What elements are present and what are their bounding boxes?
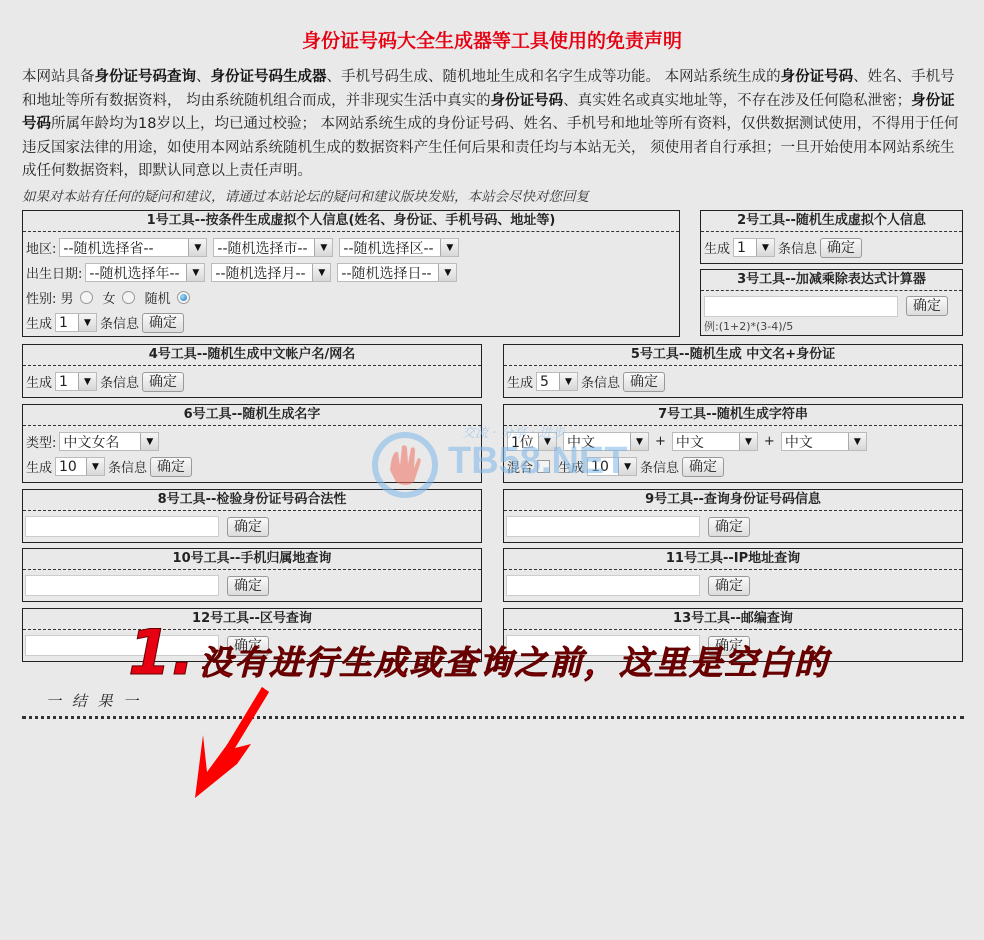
expression-input[interactable]: [704, 296, 898, 317]
tool8-title: 8号工具--检验身份证号码合法性: [23, 490, 481, 511]
tool7-title: 7号工具--随机生成字符串: [504, 405, 962, 426]
tool9-title: 9号工具--查询身份证号码信息: [504, 490, 962, 511]
generate-label: 生成: [26, 313, 52, 332]
id-validate-input[interactable]: [25, 516, 219, 537]
generate-label: 生成: [26, 457, 52, 476]
tool1-confirm-button[interactable]: 确定: [142, 313, 184, 333]
district-select[interactable]: --随机选择区--▼: [339, 238, 459, 257]
tool11-confirm-button[interactable]: 确定: [708, 576, 750, 596]
gender-label: 性别:: [26, 288, 56, 307]
chevron-down-icon: ▼: [630, 433, 648, 450]
annotation-overlay: 1. 没有进行生成或查询之前，这里是空白的: [128, 616, 829, 689]
month-select[interactable]: --随机选择月--▼: [211, 263, 331, 282]
count-unit-label: 条信息: [100, 372, 139, 391]
tool8-confirm-button[interactable]: 确定: [227, 517, 269, 537]
chevron-down-icon: ▼: [438, 264, 456, 281]
chevron-down-icon: ▼: [140, 433, 158, 450]
tool2-title: 2号工具--随机生成虚拟个人信息: [701, 211, 962, 232]
red-arrow-icon: [185, 680, 285, 810]
charset2-select[interactable]: 中文▼: [672, 432, 758, 451]
mix-checkbox[interactable]: [537, 460, 550, 473]
tool1-count-select[interactable]: 1▼: [55, 313, 97, 332]
annotation-text: 没有进行生成或查询之前，这里是空白的: [199, 643, 829, 682]
count-unit-label: 条信息: [581, 372, 620, 391]
chevron-down-icon: ▼: [78, 373, 96, 390]
tool4-count-select[interactable]: 1▼: [55, 372, 97, 391]
day-select[interactable]: --随机选择日--▼: [337, 263, 457, 282]
tool3-panel: 3号工具--加减乘除表达式计算器 确定 例:(1+2)*(3-4)/5: [700, 269, 963, 336]
plus-sign: +: [655, 434, 666, 449]
mix-label: 混合: [507, 457, 533, 476]
result-heading: 一 结 果 一: [46, 690, 141, 711]
tool8-panel: 8号工具--检验身份证号码合法性 确定: [22, 489, 482, 543]
tool6-title: 6号工具--随机生成名字: [23, 405, 481, 426]
gender-random-radio[interactable]: [177, 291, 190, 304]
tool6-panel: 6号工具--随机生成名字 类型: 中文女名▼ 生成 10▼ 条信息 确定: [22, 404, 482, 483]
highlight-term: 身份证号码: [781, 69, 854, 85]
province-select[interactable]: --随机选择省--▼: [59, 238, 207, 257]
chevron-down-icon: ▼: [312, 264, 330, 281]
chevron-down-icon: ▼: [848, 433, 866, 450]
disclaimer-segment: 本网站具备: [22, 69, 95, 85]
result-divider: [22, 716, 964, 719]
phone-query-input[interactable]: [25, 575, 219, 596]
chevron-down-icon: ▼: [188, 239, 206, 256]
tool10-confirm-button[interactable]: 确定: [227, 576, 269, 596]
tool10-panel: 10号工具--手机归属地查询 确定: [22, 548, 482, 602]
charset1-select[interactable]: 中文▼: [563, 432, 649, 451]
chevron-down-icon: ▼: [739, 433, 757, 450]
ip-query-input[interactable]: [506, 575, 700, 596]
chevron-down-icon: ▼: [440, 239, 458, 256]
highlight-term: 身份证号码: [491, 93, 564, 109]
chevron-down-icon: ▼: [86, 458, 104, 475]
birth-label: 出生日期:: [26, 263, 82, 282]
chevron-down-icon: ▼: [559, 373, 577, 390]
disclaimer-segment: 所属年龄均为18岁以上，均已通过校验； 本网站系统生成的身份证号码、姓名、手机号…: [22, 116, 959, 179]
tool7-panel: 7号工具--随机生成字符串 1位▼ 中文▼ + 中文▼ + 中文▼ 混合 生成 …: [503, 404, 963, 483]
generate-label: 生成: [507, 372, 533, 391]
chevron-down-icon: ▼: [78, 314, 96, 331]
count-unit-label: 条信息: [640, 457, 679, 476]
expression-example: 例:(1+2)*(3-4)/5: [701, 318, 962, 334]
disclaimer-segment: 、手机号码生成、随机地址生成和名字生成等功能。 本网站系统生成的: [327, 69, 781, 85]
annotation-number: 1.: [128, 616, 195, 689]
generate-label: 生成: [26, 372, 52, 391]
tool5-title: 5号工具--随机生成 中文名+身份证: [504, 345, 962, 366]
chevron-down-icon: ▼: [314, 239, 332, 256]
charset3-select[interactable]: 中文▼: [781, 432, 867, 451]
chevron-down-icon: ▼: [538, 433, 556, 450]
gender-male-radio[interactable]: [80, 291, 93, 304]
tool5-panel: 5号工具--随机生成 中文名+身份证 生成 5▼ 条信息 确定: [503, 344, 963, 398]
tool6-count-select[interactable]: 10▼: [55, 457, 105, 476]
gender-male-label: 男: [61, 288, 74, 307]
tool5-count-select[interactable]: 5▼: [536, 372, 578, 391]
tool11-title: 11号工具--IP地址查询: [504, 549, 962, 570]
gender-random-label: 随机: [145, 288, 171, 307]
disclaimer-text: 本网站具备身份证号码查询、身份证号码生成器、手机号码生成、随机地址生成和名字生成…: [22, 66, 964, 184]
tool2-confirm-button[interactable]: 确定: [820, 238, 862, 258]
generate-label: 生成: [704, 238, 730, 257]
string-length-select[interactable]: 1位▼: [507, 432, 557, 451]
chevron-down-icon: ▼: [756, 239, 774, 256]
gender-female-radio[interactable]: [122, 291, 135, 304]
tool2-count-select[interactable]: 1▼: [733, 238, 775, 257]
tool3-title: 3号工具--加减乘除表达式计算器: [701, 270, 962, 291]
feedback-hint: 如果对本站有任何的疑问和建议，请通过本站论坛的疑问和建议版块发贴，本站会尽快对您…: [22, 185, 589, 205]
chevron-down-icon: ▼: [618, 458, 636, 475]
page-title: 身份证号码大全生成器等工具使用的免责声明: [0, 26, 984, 53]
gender-female-label: 女: [103, 288, 116, 307]
count-unit-label: 条信息: [100, 313, 139, 332]
tool6-confirm-button[interactable]: 确定: [150, 457, 192, 477]
region-label: 地区:: [26, 238, 56, 257]
highlight-term: 身份证号码查询: [95, 69, 197, 85]
id-query-input[interactable]: [506, 516, 700, 537]
tool4-title: 4号工具--随机生成中文帐户名/网名: [23, 345, 481, 366]
tool2-panel: 2号工具--随机生成虚拟个人信息 生成 1▼ 条信息 确定: [700, 210, 963, 264]
tool5-confirm-button[interactable]: 确定: [623, 372, 665, 392]
disclaimer-segment: 、真实姓名或真实地址等，不存在涉及任何隐私泄密；: [563, 93, 911, 109]
name-type-select[interactable]: 中文女名▼: [59, 432, 159, 451]
tool4-panel: 4号工具--随机生成中文帐户名/网名 生成 1▼ 条信息 确定: [22, 344, 482, 398]
tool4-confirm-button[interactable]: 确定: [142, 372, 184, 392]
tool10-title: 10号工具--手机归属地查询: [23, 549, 481, 570]
tool9-confirm-button[interactable]: 确定: [708, 517, 750, 537]
count-unit-label: 条信息: [108, 457, 147, 476]
plus-sign: +: [764, 434, 775, 449]
count-unit-label: 条信息: [778, 238, 817, 257]
city-select[interactable]: --随机选择市--▼: [213, 238, 333, 257]
tool7-confirm-button[interactable]: 确定: [682, 457, 724, 477]
tool7-count-select[interactable]: 10▼: [587, 457, 637, 476]
disclaimer-segment: 、: [196, 69, 211, 85]
tool1-panel: 1号工具--按条件生成虚拟个人信息(姓名、身份证、手机号码、地址等) 地区: -…: [22, 210, 680, 337]
highlight-term: 身份证号码生成器: [211, 69, 327, 85]
tool11-panel: 11号工具--IP地址查询 确定: [503, 548, 963, 602]
chevron-down-icon: ▼: [186, 264, 204, 281]
year-select[interactable]: --随机选择年--▼: [85, 263, 205, 282]
generate-label: 生成: [558, 457, 584, 476]
tool1-title: 1号工具--按条件生成虚拟个人信息(姓名、身份证、手机号码、地址等): [23, 211, 679, 232]
tool3-confirm-button[interactable]: 确定: [906, 296, 948, 316]
type-label: 类型:: [26, 432, 56, 451]
tool9-panel: 9号工具--查询身份证号码信息 确定: [503, 489, 963, 543]
